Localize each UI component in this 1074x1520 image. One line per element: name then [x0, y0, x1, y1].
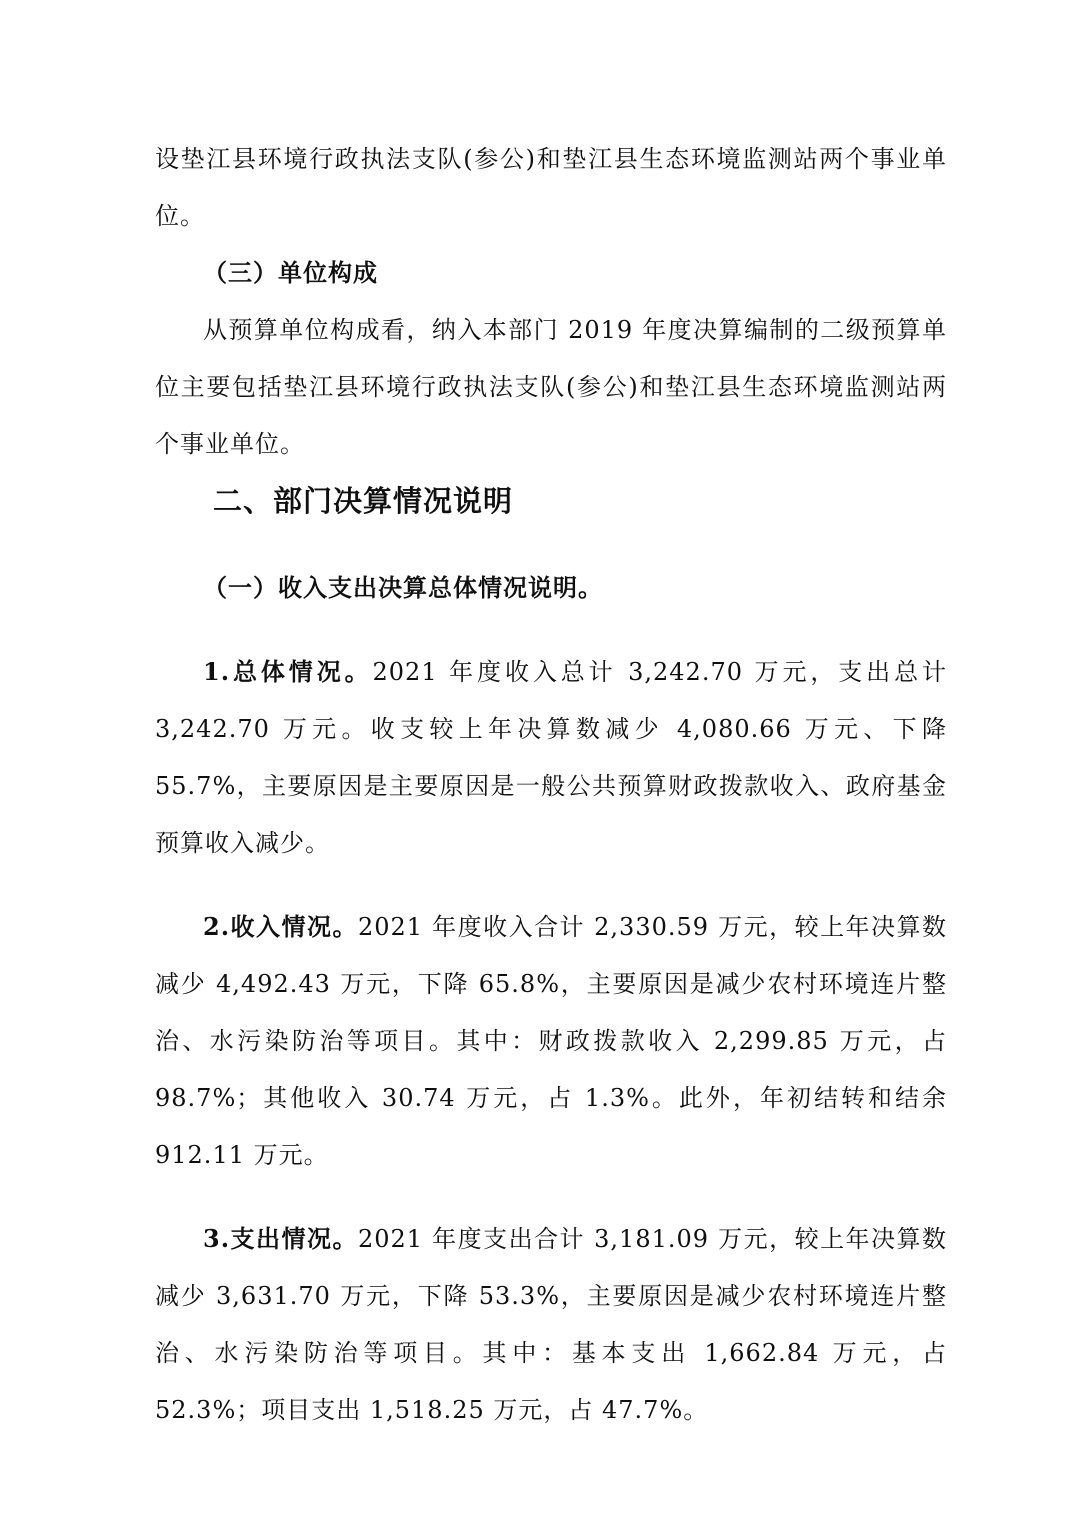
paragraph-overall-situation: 1.总体情况。2021 年度收入总计 3,242.70 万元，支出总计 3,24…	[155, 643, 947, 872]
paragraph-income-situation: 2.收入情况。2021 年度收入合计 2,330.59 万元，较上年决算数减少 …	[155, 898, 947, 1184]
heading-text: （三）单位构成	[203, 259, 378, 287]
paragraph-lead: 1.总体情况。	[203, 657, 373, 686]
document-page: 设垫江县环境行政执法支队(参公)和垫江县生态环境监测站两个事业单位。（三）单位构…	[0, 0, 1074, 1520]
paragraph-text: 2021 年度收入合计 2,330.59 万元，较上年决算数减少 4,492.4…	[155, 913, 947, 1169]
heading-section-two-final-accounts: 二、部门决算情况说明	[155, 473, 947, 530]
heading-income-expenditure-overview: （一）收入支出决算总体情况说明。	[155, 560, 947, 617]
paragraph-text: 从预算单位构成看，纳入本部门 2019 年度决算编制的二级预算单位主要包括垫江县…	[155, 316, 947, 458]
continuation-paragraph: 设垫江县环境行政执法支队(参公)和垫江县生态环境监测站两个事业单位。	[155, 131, 947, 245]
paragraph-text: 2021 年度支出合计 3,181.09 万元，较上年决算数减少 3,631.7…	[155, 1225, 947, 1424]
paragraph-unit-composition: 从预算单位构成看，纳入本部门 2019 年度决算编制的二级预算单位主要包括垫江县…	[155, 302, 947, 473]
heading-text: （一）收入支出决算总体情况说明。	[203, 574, 603, 602]
paragraph-text: 设垫江县环境行政执法支队(参公)和垫江县生态环境监测站两个事业单位。	[155, 145, 947, 230]
paragraph-expenditure-situation: 3.支出情况。2021 年度支出合计 3,181.09 万元，较上年决算数减少 …	[155, 1210, 947, 1439]
heading-text: 二、部门决算情况说明	[213, 484, 513, 518]
paragraph-lead: 3.支出情况。	[203, 1224, 358, 1253]
paragraph-lead: 2.收入情况。	[203, 912, 358, 941]
document-content: 设垫江县环境行政执法支队(参公)和垫江县生态环境监测站两个事业单位。（三）单位构…	[155, 131, 947, 1439]
paragraph-text: 2021 年度收入总计 3,242.70 万元，支出总计 3,242.70 万元…	[155, 658, 947, 857]
heading-unit-composition: （三）单位构成	[155, 245, 947, 302]
